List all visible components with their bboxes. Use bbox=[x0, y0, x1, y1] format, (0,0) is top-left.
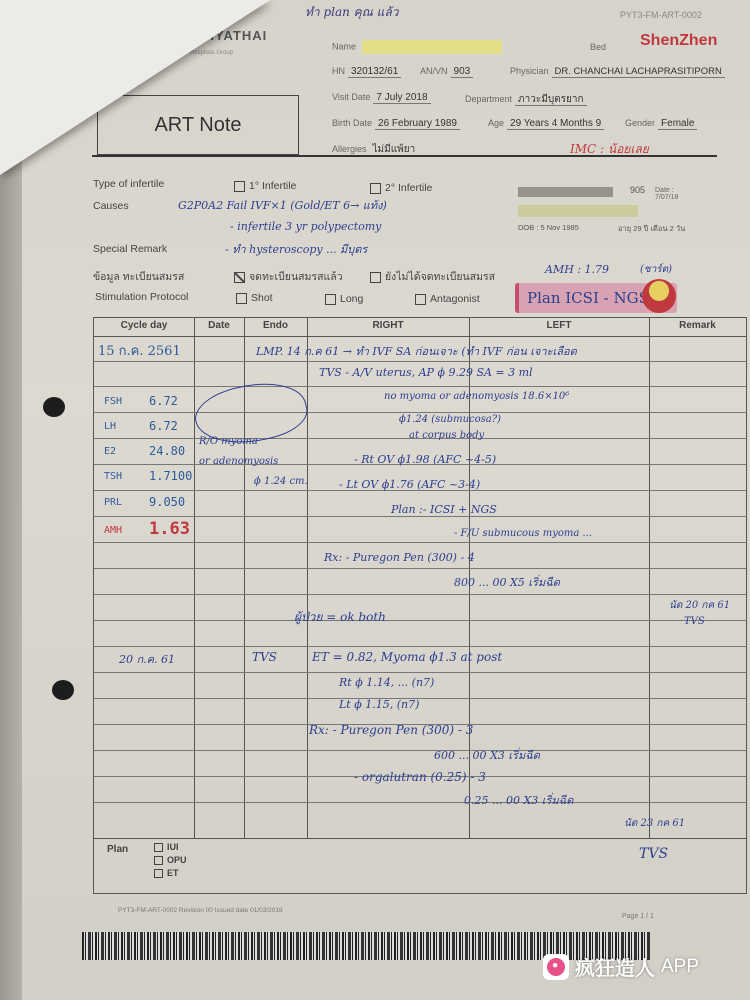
patient-id-sticker: 905 Date : 7/07/18 DOB : 5 Nov 1985 อายุ… bbox=[518, 175, 693, 270]
watermark-suffix: APP bbox=[661, 956, 699, 978]
checkbox-checked[interactable] bbox=[234, 272, 245, 283]
lab-prl-label: PRL bbox=[104, 497, 122, 508]
row2-note: ET = 0.82, Myoma ϕ1.3 at post bbox=[312, 650, 502, 664]
sketch-note: ϕ 1.24 cm. bbox=[254, 476, 308, 487]
header-remark: Remark bbox=[649, 320, 746, 331]
option-married-registered[interactable]: จดทะเบียนสมรสแล้ว bbox=[234, 268, 343, 285]
note-line: Plan :- ICSI + NGS bbox=[391, 503, 497, 516]
header-endo: Endo bbox=[244, 320, 307, 331]
header-date: Date bbox=[194, 320, 244, 331]
visit-date-field: Visit Date7 July 2018 bbox=[332, 92, 431, 103]
department-field: Departmentภาวะมีบุตรยาก bbox=[465, 92, 587, 107]
bed-value: ShenZhen bbox=[640, 32, 717, 50]
bed-label: Bed bbox=[590, 42, 606, 52]
age-field: Age29 Years 4 Months 9 bbox=[488, 118, 604, 129]
checkbox[interactable] bbox=[236, 293, 247, 304]
punch-hole bbox=[52, 680, 74, 700]
note-line: Rx: - Puregon Pen (300) - 4 bbox=[324, 551, 475, 564]
redacted-name bbox=[362, 40, 502, 54]
name-field: Name bbox=[332, 40, 502, 54]
special-remark-label: Special Remark bbox=[93, 243, 167, 255]
checkbox[interactable] bbox=[370, 272, 381, 283]
lab-e2-label: E2 bbox=[104, 446, 116, 457]
stimulation-protocol-label: Stimulation Protocol bbox=[95, 291, 188, 303]
row2-date: 20 ก.ค. 61 bbox=[119, 650, 175, 668]
causes-line-2: - infertile 3 yr polypectomy bbox=[230, 220, 381, 233]
note-line: TVS bbox=[639, 846, 668, 862]
option-shot[interactable]: Shot bbox=[236, 292, 273, 304]
gender-field: GenderFemale bbox=[625, 118, 697, 129]
option-2-infertile[interactable]: 2° Infertile bbox=[370, 182, 432, 194]
birth-date-field: Birth Date26 February 1989 bbox=[332, 118, 460, 129]
plan-option-et[interactable]: ET bbox=[154, 868, 179, 878]
checkbox[interactable] bbox=[370, 183, 381, 194]
hn-field: HN320132/61 bbox=[332, 66, 401, 77]
note-line: TVS bbox=[684, 616, 705, 627]
option-antagonist[interactable]: Antagonist bbox=[415, 293, 480, 305]
note-line: Lt ϕ 1.15, (n7) bbox=[339, 698, 419, 711]
form-code: PYT3-FM-ART-0002 bbox=[620, 10, 702, 20]
lab-e2-value: 24.80 bbox=[149, 444, 185, 458]
note-line: นัด 20 กค 61 bbox=[669, 598, 730, 613]
note-line: no myoma or adenomyosis 18.6×10⁶ bbox=[384, 391, 569, 402]
lab-amh-label: AMH bbox=[104, 525, 122, 536]
lab-lh-value: 6.72 bbox=[149, 419, 178, 433]
watermark: 疯狂造人 APP bbox=[543, 952, 699, 981]
type-of-infertile-label: Type of infertile bbox=[93, 178, 164, 190]
lab-tsh-label: TSH bbox=[104, 471, 122, 482]
note-line: - Lt OV ϕ1.76 (AFC ~3-4) bbox=[339, 478, 480, 491]
note-line: - F/U submucous myoma ... bbox=[454, 528, 592, 539]
decorative-sticker-icon bbox=[642, 279, 676, 313]
checkbox[interactable] bbox=[325, 294, 336, 305]
sticker-amh: AMH : 1.79 bbox=[545, 263, 609, 276]
app-logo-icon bbox=[543, 954, 569, 980]
plan-option-opu[interactable]: OPU bbox=[154, 855, 187, 865]
lab-amh-value: 1.63 bbox=[149, 519, 190, 539]
option-long[interactable]: Long bbox=[325, 293, 363, 305]
plan-label: Plan bbox=[107, 844, 128, 855]
physician-field: PhysicianDR. CHANCHAI LACHAPRASITIPORN bbox=[510, 66, 725, 77]
note-line: - orgalutran (0.25) - 3 bbox=[354, 770, 486, 784]
checkbox[interactable] bbox=[234, 181, 245, 192]
row1-note: LMP. 14 ก.ค 61 → ทำ IVF SA ก่อนเจาะ (ทำ … bbox=[256, 342, 577, 360]
note-line: ผู้ป่วย = ok both bbox=[294, 608, 386, 627]
cycle-table: Cycle day Date Endo RIGHT LEFT Remark 15… bbox=[93, 317, 747, 894]
sketch-note: or adenomyosis bbox=[199, 456, 278, 467]
note-line: ϕ1.24 (submucosa?) bbox=[399, 414, 501, 425]
row2-endo: TVS bbox=[252, 650, 277, 664]
note-line: - Rt OV ϕ1.98 (AFC ~4-5) bbox=[354, 453, 496, 466]
special-remark-value: - ทำ hysteroscopy ... มีบุตร bbox=[225, 240, 367, 258]
note-line: 800 ... 00 X5 เริ่มฉีด bbox=[454, 573, 560, 591]
option-1-infertile[interactable]: 1° Infertile bbox=[234, 180, 296, 192]
watermark-text: 疯狂造人 bbox=[575, 952, 655, 981]
cycle-date: 15 ก.ค. 2561 bbox=[98, 340, 181, 361]
note-line: นัด 23 กค 61 bbox=[624, 816, 685, 831]
checkbox[interactable] bbox=[415, 294, 426, 305]
plan-option-iui[interactable]: IUI bbox=[154, 842, 179, 852]
header-cycle-day: Cycle day bbox=[94, 320, 194, 331]
note-line: 0.25 ... 00 X3 เริ่มฉีด bbox=[464, 791, 573, 809]
handwritten-note-top: ทำ plan คุณ แล้ว bbox=[305, 3, 398, 22]
lab-fsh-value: 6.72 bbox=[149, 394, 178, 408]
marriage-registration-label: ข้อมูล ทะเบียนสมรส bbox=[93, 268, 184, 285]
lab-tsh-value: 1.7100 bbox=[149, 469, 192, 483]
note-line: 600 ... 00 X3 เริ่มฉีด bbox=[434, 746, 540, 764]
lab-fsh-label: FSH bbox=[104, 396, 122, 407]
note-line: at corpus body bbox=[409, 430, 484, 441]
option-not-registered[interactable]: ยังไม่ได้จดทะเบียนสมรส bbox=[370, 268, 495, 285]
folded-page-corner bbox=[0, 0, 270, 175]
footer-revision: PYT3-FM-ART-0002 Revision 00 Issued date… bbox=[118, 907, 283, 914]
punch-hole bbox=[43, 397, 65, 417]
lab-lh-label: LH bbox=[104, 421, 116, 432]
note-line: TVS - A/V uterus, AP ϕ 9.29 SA = 3 ml bbox=[319, 366, 533, 379]
sticker-amh-note: (ชาร์ต) bbox=[640, 262, 672, 277]
anvn-field: AN/VN903 bbox=[420, 66, 473, 77]
note-line: Rt ϕ 1.14, ... (n7) bbox=[339, 676, 434, 689]
causes-value: G2P0A2 Fail IVF×1 (Gold/ET 6→ แท้ง) bbox=[178, 196, 387, 214]
page-number: Page 1 / 1 bbox=[622, 913, 654, 920]
note-line: Rx: - Puregon Pen (300) - 3 bbox=[309, 723, 473, 737]
causes-label: Causes bbox=[93, 200, 129, 212]
header-left: LEFT bbox=[469, 320, 649, 331]
lab-prl-value: 9.050 bbox=[149, 495, 185, 509]
header-right: RIGHT bbox=[307, 320, 469, 331]
